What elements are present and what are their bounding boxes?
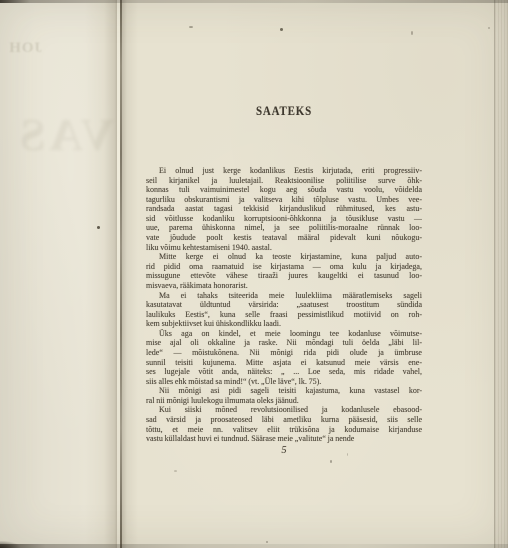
bottom-left-corner-shadow — [0, 541, 20, 548]
dust-speck — [97, 226, 100, 229]
text-line: seil kirjanikel ja luuletajail. Reaktsio… — [146, 176, 422, 186]
text-line: lede“ — mõistukõnena. Nii mõnigi rida pi… — [146, 348, 422, 358]
showthrough-text-large: VAS — [0, 108, 114, 161]
text-line: ral nii mõnigi luulekogu ilmumata oleks … — [146, 396, 422, 406]
text-line: tagurliku obskurantismi ja valitseva kih… — [146, 195, 422, 205]
book-scan-photo: JOH VAS SAATEKS Ei olnud just kerge koda… — [0, 0, 508, 548]
text-line: mise ajal oli okkaline ja raske. Nii mõn… — [146, 338, 422, 348]
text-line: sad värsid ja proosateosed läbi ametliku… — [146, 415, 422, 425]
dust-speck — [280, 28, 283, 31]
page-number: 5 — [146, 445, 422, 456]
text-line: Üks aga on kindel, et meie loomingu tee … — [146, 329, 422, 339]
dust-speck — [266, 541, 268, 543]
text-line: sunnil teisiti kujunema. Mitte asjata ei… — [146, 358, 422, 368]
text-line: konnas tuli vaimuinimestel kogu aeg sõud… — [146, 185, 422, 195]
left-page: JOH VAS — [0, 0, 118, 548]
text-line: Ma ei tahaks tsiteerida meie luulekliima… — [146, 291, 422, 301]
text-line: Ei olnud just kerge kodanlikus Eestis ki… — [146, 166, 422, 176]
text-line: Kui siiski mõned revolutsioonilised ja k… — [146, 405, 422, 415]
dust-speck — [189, 26, 193, 28]
dust-speck — [488, 27, 490, 29]
text-line: sid võitlusse kodanliku korruptsiooni-õh… — [146, 214, 422, 224]
text-line: siis alles ehk mõistad sa mind!“ (vt. „Ü… — [146, 377, 422, 387]
bottom-edge-shadow — [0, 544, 508, 548]
page-title: SAATEKS — [168, 103, 400, 119]
text-line: vate jõudude poolt kestis teataval määra… — [146, 233, 422, 243]
dust-speck — [347, 453, 348, 456]
body-text: Ei olnud just kerge kodanlikus Eestis ki… — [146, 166, 422, 444]
showthrough-text-small: JOH — [0, 40, 42, 57]
dust-speck — [174, 470, 177, 472]
page-edge-strip — [494, 0, 508, 548]
right-page: SAATEKS Ei olnud just kerge kodanlikus E… — [122, 0, 494, 548]
text-line: missugune ettevõte vähese tiraaži juures… — [146, 271, 422, 281]
dust-speck — [411, 31, 413, 35]
text-line: kem subjektiivset kui ühiskondlikku laad… — [146, 319, 422, 329]
text-line: tõttu, et meie nn. valitsev eliit trükis… — [146, 425, 422, 435]
text-line: Nii mõnigi asi pidi sageli teisiti kajas… — [146, 386, 422, 396]
text-line: ses lugejale võtit anda, näiteks: „ ... … — [146, 367, 422, 377]
text-line: vastu küllaldast huvi ei tundnud. Sääras… — [146, 434, 422, 444]
text-line: uue, parema ühiskonna nimel, ja see poli… — [146, 223, 422, 233]
dust-speck — [330, 460, 332, 463]
text-line: liku võimu kehtestamiseni 1940. aastal. — [146, 243, 422, 253]
text-line: rid pidid oma raamatuid ise kirjastama —… — [146, 262, 422, 272]
top-edge-shadow — [0, 0, 508, 3]
text-line: Mitte kerge ei olnud ka teoste kirjastam… — [146, 252, 422, 262]
text-line: laulikuks Eestis“, kuna selle fraasi pes… — [146, 310, 422, 320]
text-line: kasutatavat üldtuntud värsirida: „saatus… — [146, 300, 422, 310]
text-line: misvaeva, rääkimata honorarist. — [146, 281, 422, 291]
text-line: randsada aastat tagasi tekkisid kirjandu… — [146, 204, 422, 214]
